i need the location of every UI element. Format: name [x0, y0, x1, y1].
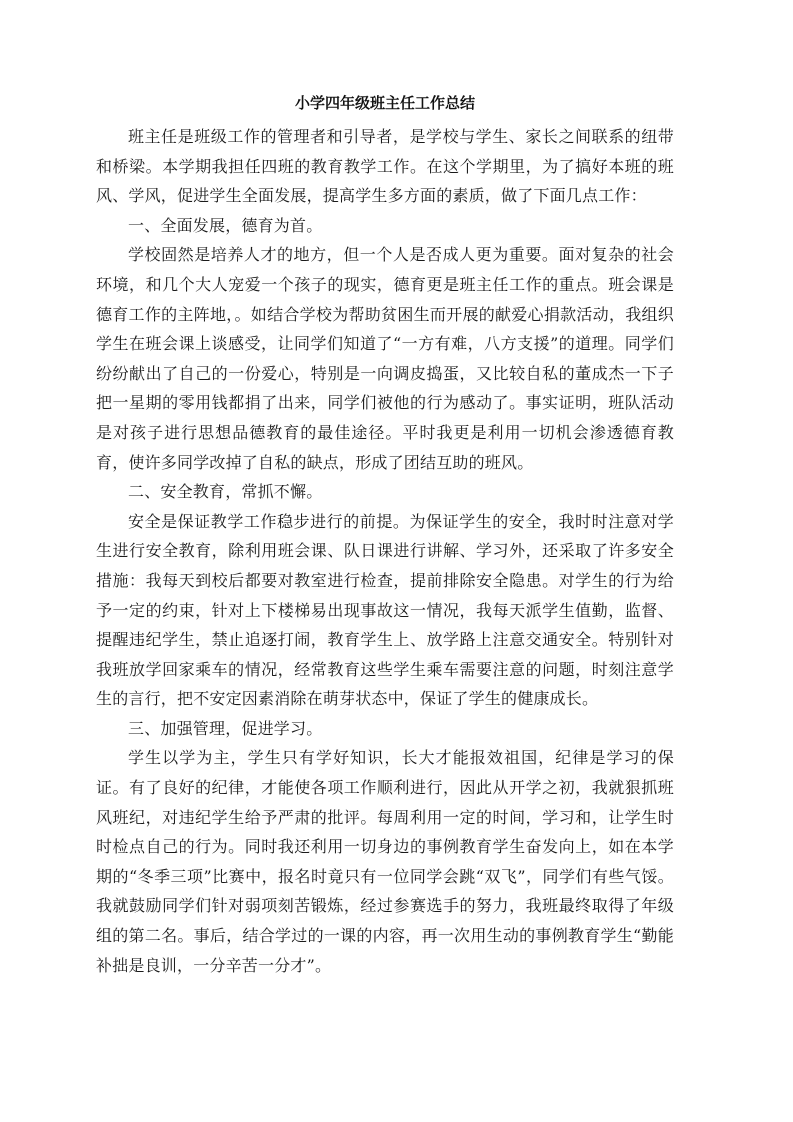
section-1-paragraph: 学校固然是培养人才的地方，但一个人是否成人更为重要。面对复杂的社会环境，和几个大… — [96, 240, 674, 477]
section-3-paragraph: 学生以学为主，学生只有学好知识，长大才能报效祖国，纪律是学习的保证。有了良好的纪… — [96, 743, 674, 980]
document-title: 小学四年级班主任工作总结 — [96, 92, 674, 114]
section-2-paragraph: 安全是保证教学工作稳步进行的前提。为保证学生的安全，我时时注意对学生进行安全教育… — [96, 507, 674, 714]
section-heading-3: 三、加强管理，促进学习。 — [96, 714, 674, 744]
document-page: 小学四年级班主任工作总结 班主任是班级工作的管理者和引导者，是学校与学生、家长之… — [96, 92, 674, 980]
section-heading-1: 一、全面发展，德育为首。 — [96, 211, 674, 241]
intro-paragraph: 班主任是班级工作的管理者和引导者，是学校与学生、家长之间联系的纽带和桥梁。本学期… — [96, 122, 674, 211]
section-heading-2: 二、安全教育，常抓不懈。 — [96, 477, 674, 507]
